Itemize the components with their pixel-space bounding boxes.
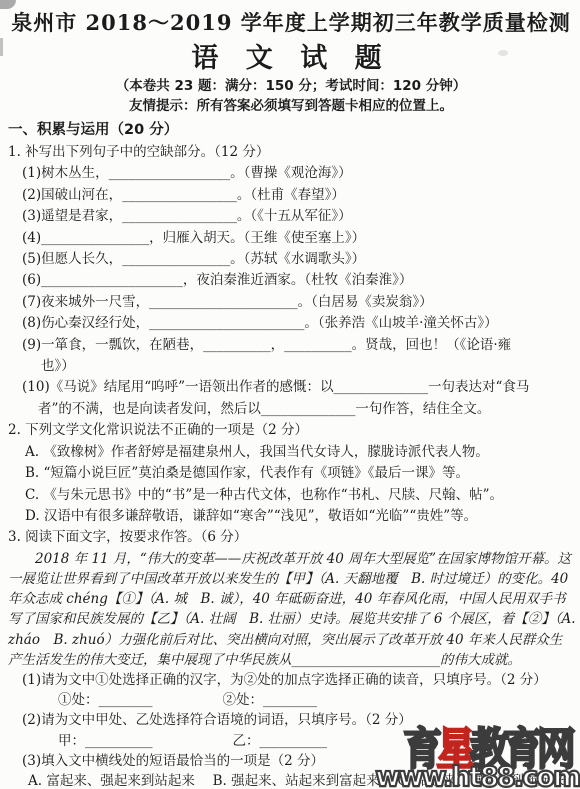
subject-title: 语 文 试 题: [8, 42, 574, 76]
exam-info-line: （本卷共 23 题：满分：150 分；考试时间：120 分钟）: [8, 76, 574, 96]
q3-sub1-answer-blanks: ①处：________②处：________: [8, 690, 574, 710]
q1-item-9-wrap: 也》）: [8, 356, 574, 377]
scan-edge-artifact: [0, 38, 3, 56]
q3-passage-line-5: zháo B. zhuó）力强化前后对比、突出横向对照，突出展示了改革开放 40…: [8, 630, 574, 650]
q3-passage-line-4: 写了国家和民族发展的【乙】（A. 壮阔 B. 壮丽）史诗。展览共安排了 6 个展…: [8, 609, 574, 629]
q2-option-a: A. 《致橡树》作者舒婷是福建泉州人，我国当代女诗人，朦胧诗派代表人物。: [8, 442, 574, 463]
q1-item-1: (1)树木丛生，__________________。（曹操《观沧海》）: [8, 163, 574, 184]
q3-passage-line-2: 一展览让世界看到了中国改革开放以来发生的【甲】（A. 天翻地覆 B. 时过境迁）…: [8, 569, 574, 589]
q3-sub1-blank-1: ①处：________: [58, 692, 153, 708]
q3-sub2-blank-1: 甲：__________: [58, 733, 153, 749]
q1-item-8: (8)伤心秦汉经行处，_______________________。（张养浩《…: [8, 313, 574, 334]
scan-smudge-artifact: [498, 50, 508, 56]
q1-item-5: (5)但愿人长久，________________。（苏轼《水调歌头》）: [8, 249, 574, 270]
q1-item-2: (2)国破山河在，_________________。（杜甫《春望》）: [8, 185, 574, 206]
q3-passage-line-1: 2018 年 11 月，“伟大的变革——庆祝改革开放 40 周年大型展览”在国家…: [8, 549, 574, 569]
q2-option-c: C. 《与朱元思书》中的“书”是一种古代文体，也称作“书札、尺牍、尺翰、帖”。: [8, 485, 574, 506]
watermark: 育星教育网 www.ht88.com: [369, 730, 579, 789]
q3-stem: 3. 阅读下面文字，按要求作答。（6 分）: [8, 527, 574, 548]
q1-item-10-wrap: 者”的不满，也是向读者发问，然后以______________一句作答，结住全文…: [8, 399, 574, 420]
q3-passage: 2018 年 11 月，“伟大的变革——庆祝改革开放 40 周年大型展览”在国家…: [8, 549, 574, 670]
q3-sub1-stem: (1)请为文中①处选择正确的汉字，为②处的加点字选择正确的读音，只填序号。（2 …: [8, 670, 574, 690]
q3-sub1-blank-2: ②处：________: [223, 692, 318, 708]
exam-title: 泉州市 2018～2019 学年度上学期初三年教学质量检测: [8, 8, 574, 38]
q2-stem: 2. 下列文学文化常识说法不正确的一项是（2 分）: [8, 420, 574, 441]
q1-item-4: (4)________________，归雁入胡天。（王维《使至塞上》）: [8, 228, 574, 249]
exam-tip-line: 友情提示：所有答案必须填写到答题卡相应的位置上。: [8, 96, 574, 116]
q1-item-10: (10)《马说》结尾用“呜呼”一语领出作者的感慨：以______________…: [8, 377, 574, 398]
watermark-url: www.ht88.com: [375, 765, 579, 789]
q3-passage-line-3: 年众志成 chéng【①】（A. 城 B. 诚），40 年砥砺奋进，40 年春风…: [8, 589, 574, 609]
q2-option-d: D. 汉语中有很多谦辞敬语，谦辞如“寒舍”“浅见”，敬语如“光临”“贵姓”等。: [8, 506, 574, 527]
q2-option-b: B. “短篇小说巨匠”莫泊桑是德国作家，代表作有《项链》《最后一课》等。: [8, 463, 574, 484]
q1-item-9: (9)一箪食，一瓢饮，在陋巷，__________，__________。贤哉，…: [8, 335, 574, 356]
q1-item-7: (7)夜来城外一尺雪，______________________。（白居易《卖…: [8, 292, 574, 313]
q1-stem: 1. 补写出下列句子中的空缺部分。（12 分）: [8, 142, 574, 163]
q1-item-3: (3)遥望是君家，_________________。（《十五从军征》）: [8, 206, 574, 227]
q1-item-6: (6)_____________________，夜泊秦淮近酒家。（杜牧《泊秦淮…: [8, 270, 574, 291]
q3-passage-line-6: 产生活发生的伟大变迁，集中展现了中华民族从___________________…: [8, 650, 574, 670]
section-heading: 一、积累与运用（20 分）: [8, 119, 574, 142]
q3-sub2-blank-2: 乙：__________: [233, 733, 328, 749]
exam-paper-scan: 泉州市 2018～2019 学年度上学期初三年教学质量检测 语 文 试 题 （本…: [0, 0, 580, 789]
